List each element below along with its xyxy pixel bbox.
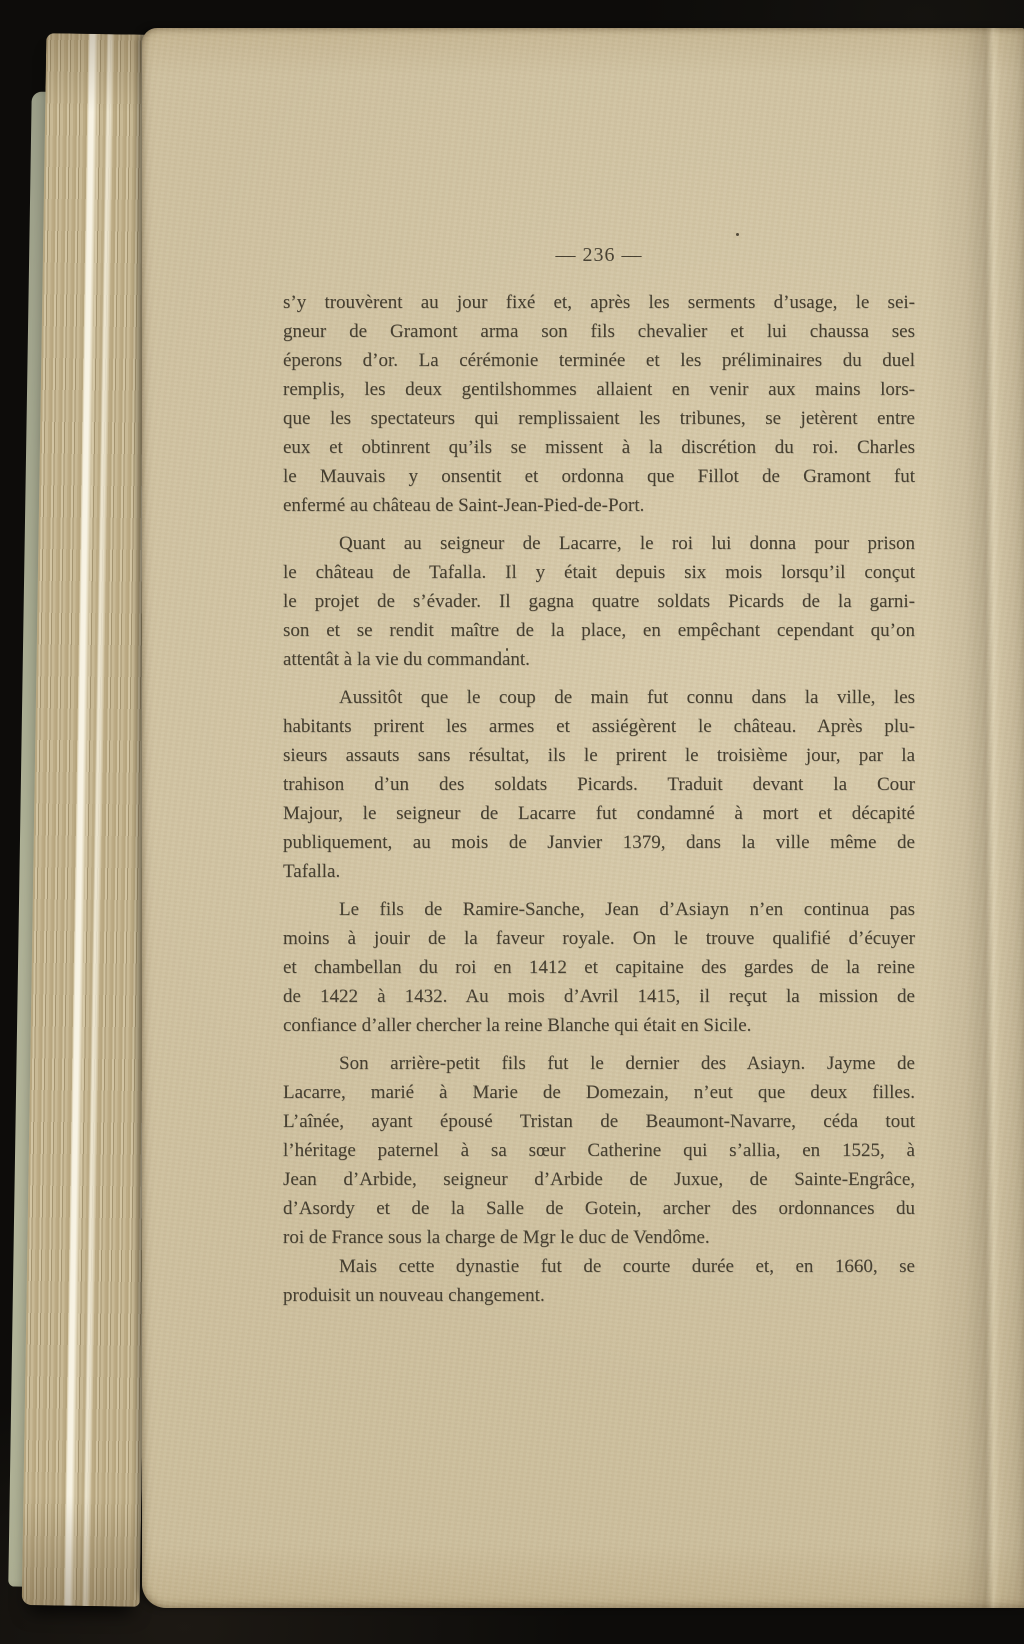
paper-speck [736,233,739,236]
text-line: L’aînée, ayant épousé Tristan de Beaumon… [283,1107,915,1136]
paragraph: Aussitôt que le coup de main fut connu d… [283,683,915,886]
text-line: habitants prirent les armes et assiégère… [283,712,915,741]
text-line: enfermé au château de Saint-Jean-Pied-de… [283,491,915,520]
text-line: confiance d’aller chercher la reine Blan… [283,1011,915,1040]
text-line: s’y trouvèrent au jour fixé et, après le… [283,288,915,317]
text-line: remplis, les deux gentilshommes allaient… [283,375,915,404]
text-line: moins à jouir de la faveur royale. On le… [283,924,915,953]
paragraph: Quant au seigneur de Lacarre, le roi lui… [283,529,915,674]
text-line: Tafalla. [283,857,915,886]
paragraph: s’y trouvèrent au jour fixé et, après le… [283,288,915,520]
paragraph: Son arrière-petit fils fut le dernier de… [283,1049,915,1252]
text-line: attentât à la vie du commandant. [283,645,915,674]
text-line: eux et obtinrent qu’ils se missent à la … [283,433,915,462]
paragraph: Le fils de Ramire-Sanche, Jean d’Asiayn … [283,895,915,1040]
text-line: d’Asordy et de la Salle de Gotein, arche… [283,1194,915,1223]
text-line: Aussitôt que le coup de main fut connu d… [283,683,915,712]
text-line: trahison d’un des soldats Picards. Tradu… [283,770,915,799]
text-line: le projet de s’évader. Il gagna quatre s… [283,587,915,616]
text-line: et chambellan du roi en 1412 et capitain… [283,953,915,982]
page-number: — 236 — [283,242,915,268]
text-line: le Mauvais y onsentit et ordonna que Fil… [283,462,915,491]
text-line: son et se rendit maître de la place, en … [283,616,915,645]
text-line: roi de France sous la charge de Mgr le d… [283,1223,915,1252]
text-line: sieurs assauts sans résultat, ils le pri… [283,741,915,770]
paragraph: Mais cette dynastie fut de courte durée … [283,1252,915,1310]
text-line: Lacarre, marié à Marie de Domezain, n’eu… [283,1078,915,1107]
text-line: produisit un nouveau changement. [283,1281,915,1310]
text-line: le château de Tafalla. Il y était depuis… [283,558,915,587]
book-scan: — 236 — s’y trouvèrent au jour fixé et, … [0,0,1024,1644]
text-line: de 1422 à 1432. Au mois d’Avril 1415, il… [283,982,915,1011]
text-line: l’héritage paternel à sa sœur Catherine … [283,1136,915,1165]
text-block: s’y trouvèrent au jour fixé et, après le… [283,288,915,1310]
text-line: Son arrière-petit fils fut le dernier de… [283,1049,915,1078]
text-line: Jean d’Arbide, seigneur d’Arbide de Juxu… [283,1165,915,1194]
text-line: Quant au seigneur de Lacarre, le roi lui… [283,529,915,558]
text-line: publiquement, au mois de Janvier 1379, d… [283,828,915,857]
text-line: éperons d’or. La cérémonie terminée et l… [283,346,915,375]
text-line: Le fils de Ramire-Sanche, Jean d’Asiayn … [283,895,915,924]
text-line: Majour, le seigneur de Lacarre fut conda… [283,799,915,828]
text-line: gneur de Gramont arma son fils chevalier… [283,317,915,346]
gutter-shadow [929,28,1024,1608]
book-page: — 236 — s’y trouvèrent au jour fixé et, … [142,28,1024,1608]
text-line: Mais cette dynastie fut de courte durée … [283,1252,915,1281]
text-line: que les spectateurs qui remplissaient le… [283,404,915,433]
